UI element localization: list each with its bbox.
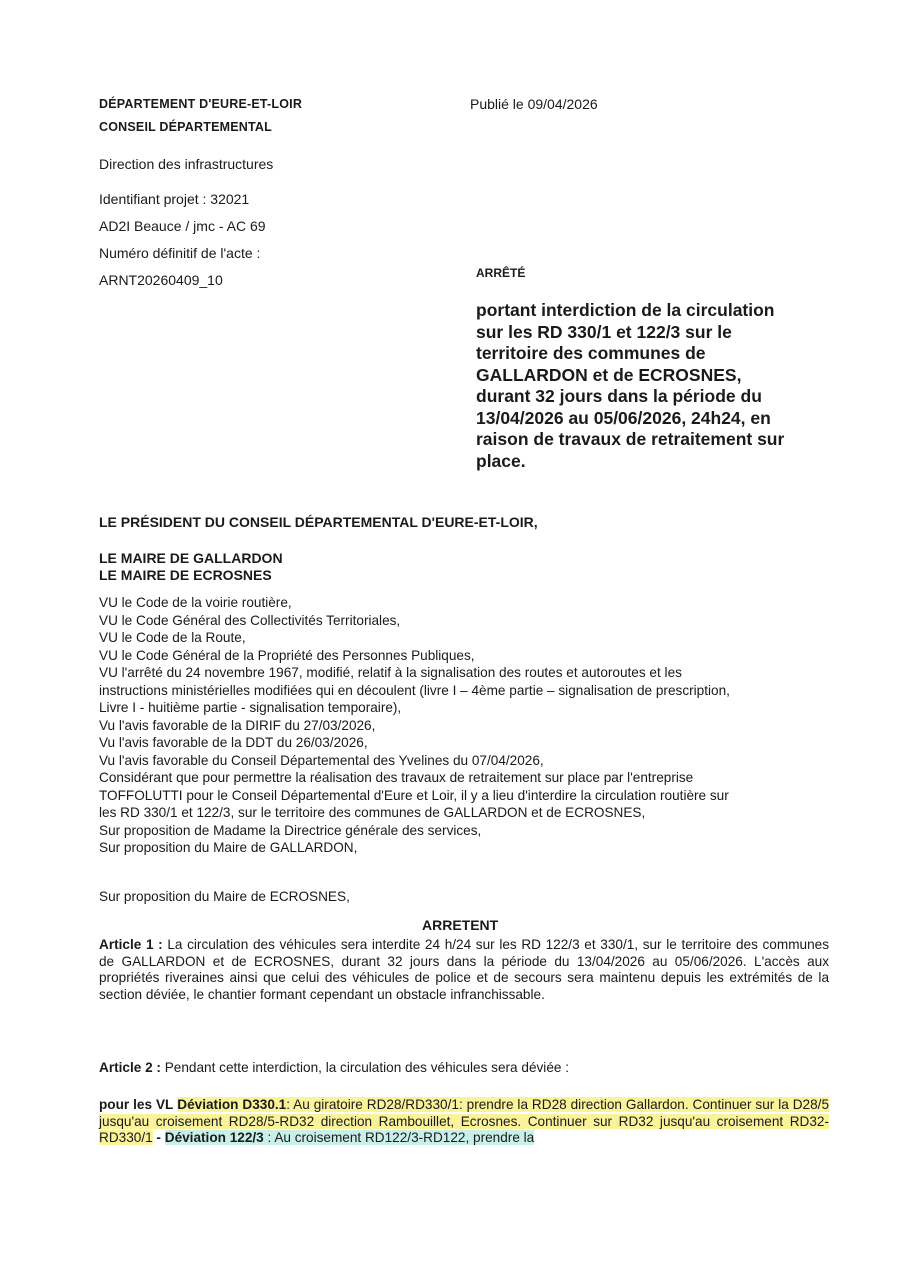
- mayor-ecrosnes: LE MAIRE DE ECROSNES: [99, 567, 272, 584]
- article-2-label: Article 2 :: [99, 1060, 161, 1075]
- visa-last: Sur proposition du Maire de ECROSNES,: [99, 888, 839, 906]
- title-line: portant interdiction de la circulation: [476, 300, 826, 322]
- deviation-prefix: pour les VL: [99, 1097, 173, 1112]
- article-2-text: Pendant cette interdiction, la circulati…: [165, 1060, 569, 1075]
- visa-line: VU le Code Général de la Propriété des P…: [99, 647, 839, 665]
- mayor-gallardon: LE MAIRE DE GALLARDON: [99, 550, 283, 567]
- visa-line: Livre I - huitième partie - signalisatio…: [99, 699, 839, 717]
- title-line: raison de travaux de retraitement sur: [476, 429, 826, 451]
- title-line: place.: [476, 451, 826, 473]
- article-1-label: Article 1 :: [99, 937, 163, 952]
- publication-date: Publié le 09/04/2026: [470, 96, 598, 112]
- department-name: DÉPARTEMENT D'EURE-ET-LOIR: [99, 97, 302, 111]
- arrete-label: ARRÊTÉ: [476, 266, 525, 280]
- visa-line: Vu l'avis favorable de la DIRIF du 27/03…: [99, 717, 839, 735]
- visa-line: Considérant que pour permettre la réalis…: [99, 769, 839, 787]
- title-line: GALLARDON et de ECROSNES,: [476, 365, 826, 387]
- article-1: Article 1 : La circulation des véhicules…: [99, 937, 829, 1003]
- deviation-d122-label: Déviation 122/3: [165, 1130, 264, 1145]
- direction: Direction des infrastructures: [99, 156, 273, 172]
- service-reference: AD2I Beauce / jmc - AC 69: [99, 218, 266, 234]
- deviation-d122-text: : Au croisement RD122/3-RD122, prendre l…: [264, 1130, 535, 1145]
- council-name: CONSEIL DÉPARTEMENTAL: [99, 120, 272, 134]
- president-authority: LE PRÉSIDENT DU CONSEIL DÉPARTEMENTAL D'…: [99, 514, 538, 531]
- visa-line: Sur proposition du Maire de GALLARDON,: [99, 839, 839, 857]
- visa-line: instructions ministérielles modifiées qu…: [99, 682, 839, 700]
- title-line: durant 32 jours dans la période du: [476, 386, 826, 408]
- project-id: Identifiant projet : 32021: [99, 191, 249, 207]
- title-line: sur les RD 330/1 et 122/3 sur le: [476, 322, 826, 344]
- visa-line: VU le Code de la Route,: [99, 629, 839, 647]
- visa-line: Sur proposition de Madame la Directrice …: [99, 822, 839, 840]
- act-number: ARNT20260409_10: [99, 272, 223, 288]
- visas-list: VU le Code de la voirie routière, VU le …: [99, 594, 839, 857]
- title-line: 13/04/2026 au 05/06/2026, 24h24, en: [476, 408, 826, 430]
- visa-line: TOFFOLUTTI pour le Conseil Départemental…: [99, 787, 839, 805]
- visa-line: VU le Code Général des Collectivités Ter…: [99, 612, 839, 630]
- deviation-separator: -: [153, 1130, 165, 1145]
- decree-heading: ARRETENT: [422, 917, 498, 933]
- visa-line: Vu l'avis favorable du Conseil Départeme…: [99, 752, 839, 770]
- title-line: territoire des communes de: [476, 343, 826, 365]
- deviation-d330-label: Déviation D330.1: [177, 1097, 286, 1112]
- article-2: Article 2 : Pendant cette interdiction, …: [99, 1060, 829, 1077]
- article-1-text: La circulation des véhicules sera interd…: [99, 937, 829, 1002]
- deviation-paragraph: pour les VL Déviation D330.1: Au giratoi…: [99, 1097, 829, 1147]
- visa-line: VU l'arrêté du 24 novembre 1967, modifié…: [99, 664, 839, 682]
- visa-line: VU le Code de la voirie routière,: [99, 594, 839, 612]
- visa-line: Vu l'avis favorable de la DDT du 26/03/2…: [99, 734, 839, 752]
- act-number-label: Numéro définitif de l'acte :: [99, 245, 260, 261]
- decree-title: portant interdiction de la circulation s…: [476, 300, 826, 472]
- visa-line: les RD 330/1 et 122/3, sur le territoire…: [99, 804, 839, 822]
